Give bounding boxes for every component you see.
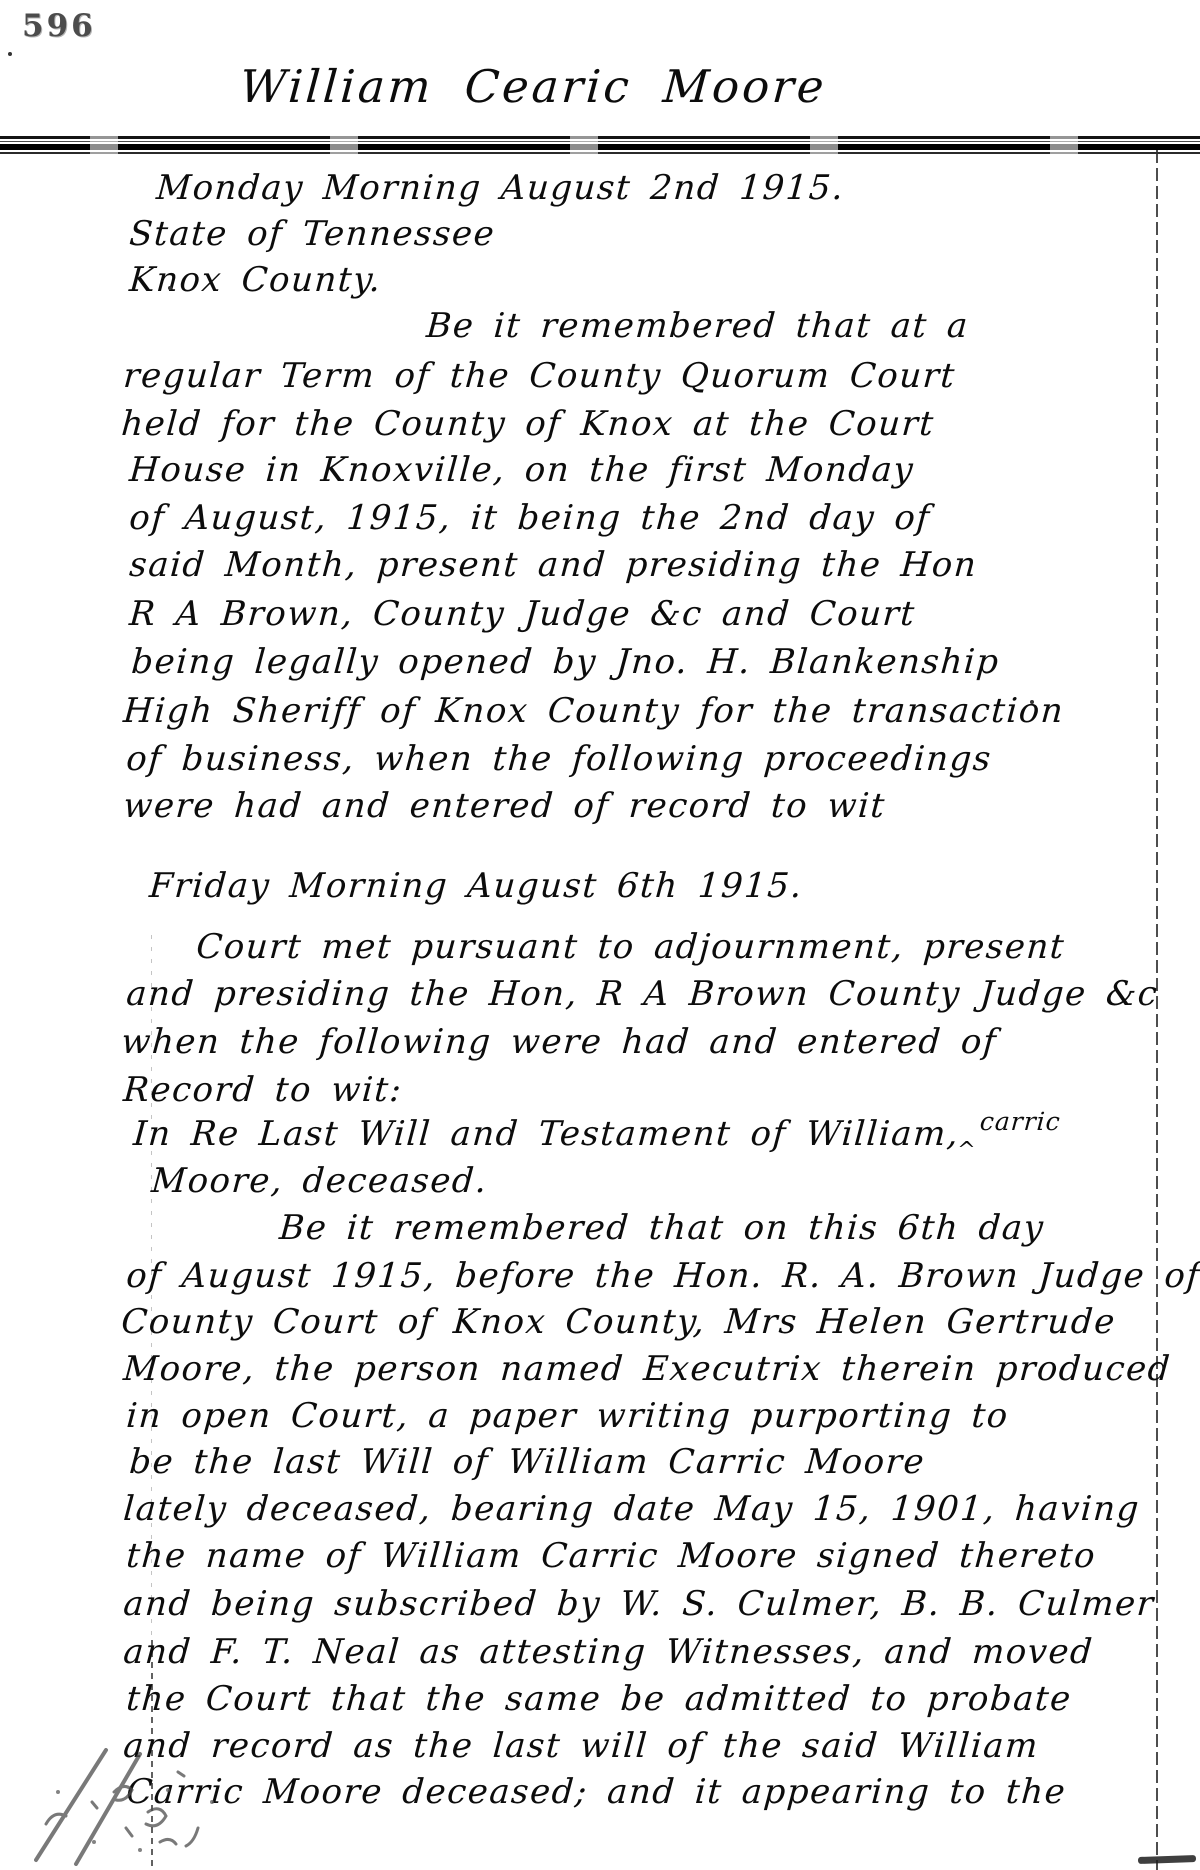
manuscript-line: lately deceased, bearing date May 15, 19… [122, 1489, 1141, 1529]
manuscript-line: of August 1915, before the Hon. R. A. Br… [125, 1256, 1200, 1296]
insertion-caret: ^ [956, 1138, 978, 1163]
manuscript-line-with-insertion: In Re Last Will and Testament of William… [132, 1114, 1061, 1154]
manuscript-line: County Court of Knox County, Mrs Helen G… [120, 1302, 1117, 1342]
manuscript-line: in open Court, a paper writing purportin… [125, 1396, 1010, 1436]
manuscript-line: being legally opened by Jno. H. Blankens… [130, 642, 1001, 682]
stray-ink-dot [168, 286, 172, 290]
manuscript-line: the Court that the same be admitted to p… [125, 1679, 1073, 1719]
manuscript-line: Monday Morning August 2nd 1915. [155, 168, 846, 208]
manuscript-line: of August, 1915, it being the 2nd day of [128, 498, 932, 538]
manuscript-page: 596 William Cearic Moore Monday Morning … [0, 0, 1200, 1870]
manuscript-line: Moore, the person named Executrix therei… [122, 1349, 1172, 1389]
manuscript-line: House in Knoxville, on the first Monday [128, 450, 916, 490]
manuscript-line: Carric Moore deceased; and it appearing … [125, 1772, 1068, 1812]
manuscript-line: the name of William Carric Moore signed … [125, 1536, 1097, 1576]
manuscript-line: and record as the last will of the said … [122, 1726, 1040, 1766]
page-edge-mark [1138, 1855, 1196, 1864]
manuscript-line: and F. T. Neal as attesting Witnesses, a… [122, 1632, 1095, 1672]
line-text: In Re Last Will and Testament of William… [132, 1114, 961, 1154]
insertion-text: carric [979, 1107, 1062, 1136]
manuscript-line: when the following were had and entered … [120, 1022, 999, 1062]
manuscript-line: R A Brown, County Judge &c and Court [128, 594, 917, 634]
manuscript-line: of business, when the following proceedi… [125, 739, 993, 779]
manuscript-line: Court met pursuant to adjournment, prese… [195, 927, 1066, 967]
manuscript-line: High Sheriff of Knox County for the tran… [122, 691, 1066, 731]
manuscript-line: regular Term of the County Quorum Court [122, 356, 957, 396]
manuscript-line: Be it remembered that on this 6th day [278, 1208, 1046, 1248]
manuscript-line: Moore, deceased. [150, 1161, 489, 1201]
manuscript-line: be the last Will of William Carric Moore [128, 1442, 927, 1482]
manuscript-line: were had and entered of record to wit [122, 786, 887, 826]
illegible-stamp-mark [28, 1732, 218, 1867]
stray-ink-dot [8, 52, 12, 56]
manuscript-line: State of Tennessee [128, 214, 497, 254]
manuscript-line: and presiding the Hon, R A Brown County … [125, 974, 1160, 1014]
manuscript-line: held for the County of Knox at the Court [120, 404, 936, 444]
stray-ink-dot [1030, 700, 1034, 704]
manuscript-line: Knox County. [128, 260, 383, 300]
manuscript-line: said Month, present and presiding the Ho… [128, 545, 979, 585]
manuscript-line: and being subscribed by W. S. Culmer, B.… [122, 1584, 1156, 1624]
header-rule-streaks [0, 136, 1200, 155]
manuscript-line: Friday Morning August 6th 1915. [148, 866, 804, 906]
manuscript-line: Record to wit: [122, 1070, 404, 1110]
manuscript-line: Be it remembered that at a [425, 306, 970, 346]
page-title: William Cearic Moore [238, 60, 822, 113]
page-number: 596 [22, 8, 96, 44]
